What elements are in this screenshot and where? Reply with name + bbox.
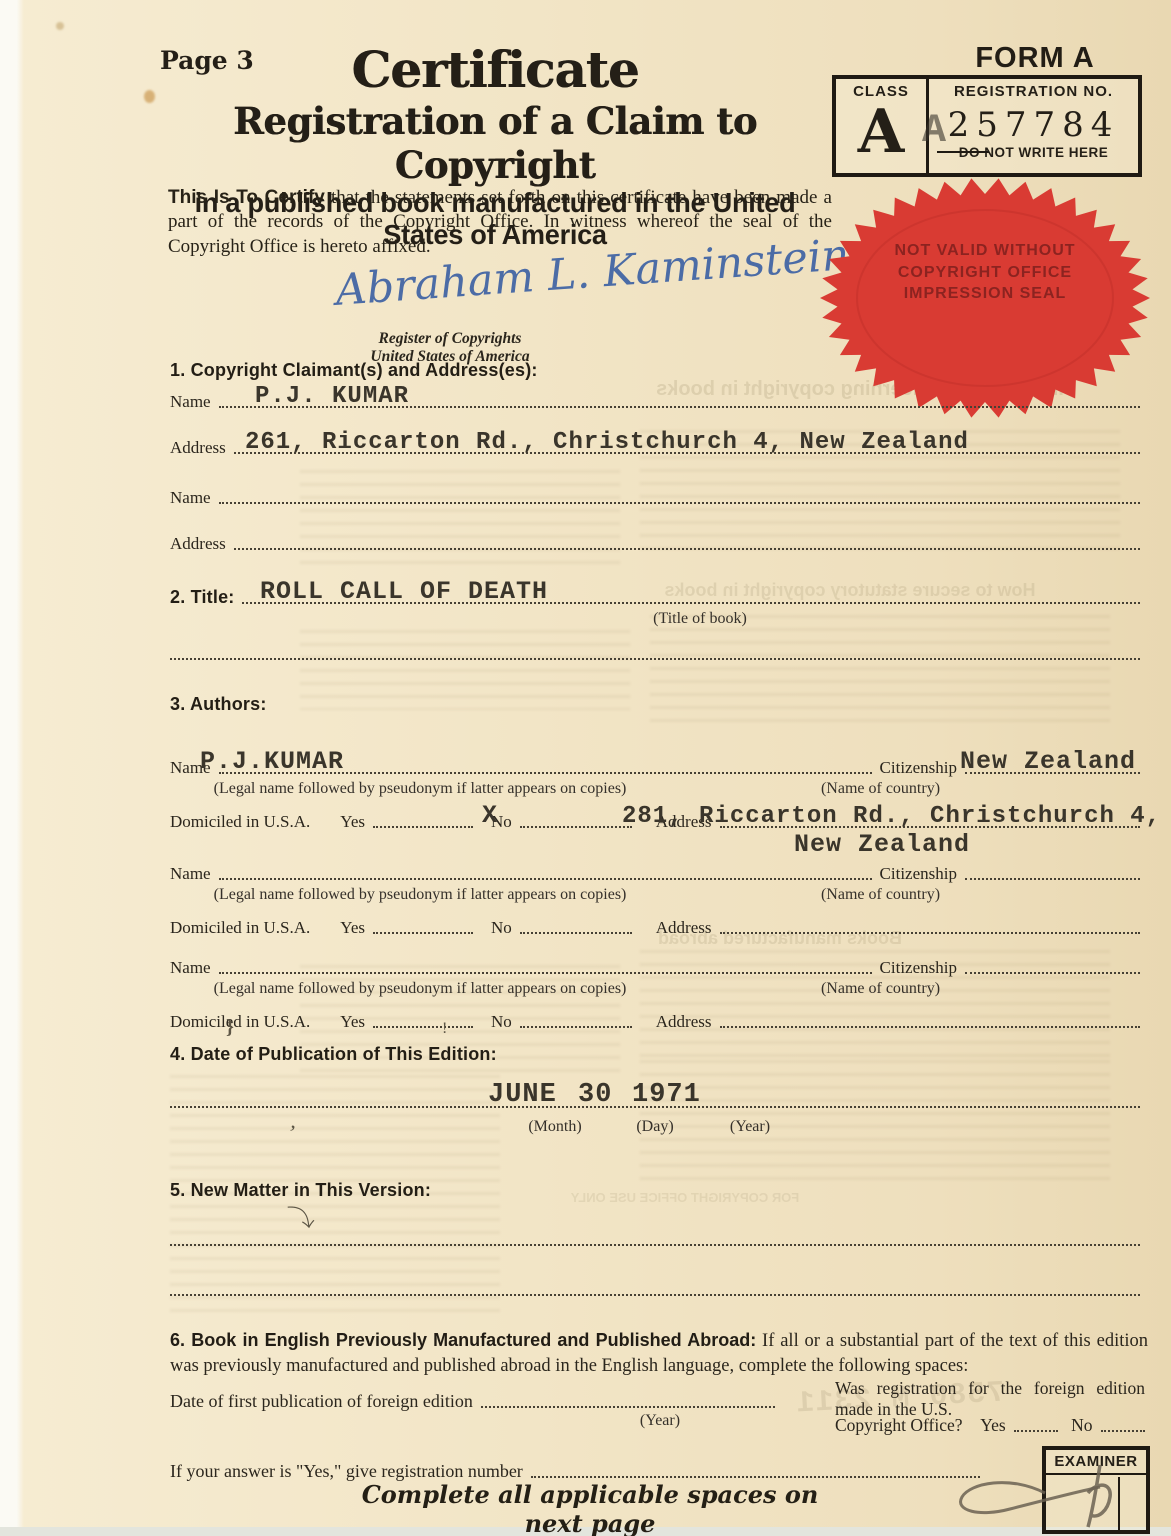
name-label: Name bbox=[170, 865, 211, 882]
claimant-address-row: Address 261, Riccarton Rd., Christchurch… bbox=[170, 432, 1140, 458]
publication-date-line bbox=[170, 1090, 1140, 1112]
form-a-label: FORM A bbox=[935, 42, 1135, 75]
foreign-edition-date-row: Date of first publication of foreign edi… bbox=[170, 1386, 775, 1412]
author-address-value: 281, Riccarton Rd., Christchurch 4, bbox=[622, 803, 1161, 830]
fill-in-line bbox=[520, 1024, 632, 1028]
book-title-value: ROLL CALL OF DEATH bbox=[260, 577, 548, 606]
registration-title: Registration of a Claim to Copyright bbox=[150, 99, 840, 187]
claimant-name-row: Name P.J. KUMAR bbox=[170, 386, 1140, 412]
author-address-value-line2: New Zealand bbox=[794, 830, 970, 859]
registration-box: CLASS A A REGISTRATION NO. 257784 DO NOT… bbox=[832, 75, 1142, 177]
author-citizenship-value: New Zealand bbox=[960, 747, 1136, 776]
registration-no-label: REGISTRATION NO. bbox=[929, 83, 1138, 100]
month-caption: (Month) bbox=[500, 1118, 610, 1136]
class-cell: CLASS A bbox=[836, 79, 929, 173]
address-label: Address bbox=[656, 1013, 712, 1030]
name-label: Name bbox=[170, 959, 211, 976]
no-label: No bbox=[491, 919, 512, 936]
fill-in-line bbox=[219, 500, 1140, 504]
copyright-office-seal: NOT VALID WITHOUT COPYRIGHT OFFICE IMPRE… bbox=[818, 176, 1152, 420]
citizenship-label: Citizenship bbox=[880, 759, 957, 776]
copyright-office-label: Copyright Office? bbox=[835, 1417, 963, 1435]
address-label: Address bbox=[170, 535, 226, 552]
no-label: No bbox=[491, 1013, 512, 1030]
yes-label: Yes bbox=[340, 1013, 365, 1030]
register-of-copyrights: Register of Copyrights bbox=[310, 330, 590, 348]
fill-in-line bbox=[481, 1404, 775, 1408]
stray-pen-mark: ! bbox=[442, 1020, 447, 1038]
fill-in-line bbox=[219, 876, 872, 880]
fill-in-line bbox=[219, 970, 872, 974]
fill-in-line bbox=[234, 546, 1140, 550]
registration-number: 257784 bbox=[929, 105, 1138, 145]
author-domiciled-row: Domiciled in U.S.A. Yes No Address X 281… bbox=[170, 806, 1140, 832]
seal-line3: IMPRESSION SEAL bbox=[818, 283, 1152, 305]
domiciled-no-mark: X bbox=[482, 801, 498, 830]
new-matter-line-1 bbox=[170, 1228, 1140, 1250]
section3-heading: 3. Authors: bbox=[170, 694, 267, 715]
scan-edge-left bbox=[0, 0, 24, 1536]
fill-in-line bbox=[965, 970, 1140, 974]
domiciled-label: Domiciled in U.S.A. bbox=[170, 813, 310, 830]
registration-cell: REGISTRATION NO. 257784 DO NOT WRITE HER… bbox=[929, 79, 1138, 173]
stray-pen-mark: } bbox=[226, 1016, 234, 1039]
fill-in-line bbox=[965, 876, 1140, 880]
paper-stain bbox=[56, 22, 64, 30]
author-domiciled-row: Domiciled in U.S.A. Yes No Address bbox=[170, 1006, 1140, 1032]
yes-label: Yes bbox=[980, 1417, 1005, 1435]
address-label: Address bbox=[170, 439, 226, 456]
fill-in-line bbox=[170, 1242, 1140, 1246]
legal-name-note: (Legal name followed by pseudonym if lat… bbox=[130, 886, 710, 904]
seal-line1: NOT VALID WITHOUT bbox=[818, 240, 1152, 262]
section6-heading: 6. Book in English Previously Manufactur… bbox=[170, 1330, 756, 1350]
claimant-address-value: 261, Riccarton Rd., Christchurch 4, New … bbox=[245, 429, 969, 456]
author-name-value: P.J.KUMAR bbox=[200, 747, 344, 776]
class-value: A bbox=[836, 102, 926, 162]
fill-in-line bbox=[373, 824, 473, 828]
title-extra-line bbox=[170, 642, 1140, 664]
foreign-date-label: Date of first publication of foreign edi… bbox=[170, 1392, 473, 1410]
section5-heading: 5. New Matter in This Version: bbox=[170, 1180, 431, 1201]
author-name-row: Name Citizenship bbox=[170, 952, 1140, 978]
fill-in-line bbox=[720, 1024, 1141, 1028]
fill-in-line bbox=[520, 824, 632, 828]
legal-name-note: (Legal name followed by pseudonym if lat… bbox=[130, 780, 710, 798]
fill-in-line bbox=[531, 1474, 980, 1478]
fill-in-line bbox=[1101, 1428, 1146, 1432]
author-name-row: Name Citizenship P.J.KUMAR New Zealand bbox=[170, 752, 1140, 778]
title-of-book-caption: (Title of book) bbox=[610, 610, 790, 628]
claimant-name-row-2: Name bbox=[170, 482, 1140, 508]
fill-in-line bbox=[170, 1104, 1140, 1108]
title-row: 2. Title: ROLL CALL OF DEATH bbox=[170, 580, 1140, 608]
footer-note: Complete all applicable spaces on next p… bbox=[340, 1480, 840, 1536]
fill-in-line bbox=[373, 1024, 473, 1028]
do-not-write-label: DO NOT WRITE HERE bbox=[929, 145, 1138, 160]
author-name-row: Name Citizenship bbox=[170, 858, 1140, 884]
year-caption: (Year) bbox=[700, 1118, 800, 1136]
legal-name-note: (Legal name followed by pseudonym if lat… bbox=[130, 980, 710, 998]
citizenship-label: Citizenship bbox=[880, 865, 957, 882]
no-label: No bbox=[1071, 1417, 1092, 1435]
yes-label: Yes bbox=[340, 919, 365, 936]
country-note: (Name of country) bbox=[788, 780, 973, 798]
section1-heading: 1. Copyright Claimant(s) and Address(es)… bbox=[170, 360, 538, 381]
address-label: Address bbox=[656, 919, 712, 936]
section2-heading: 2. Title: bbox=[170, 587, 234, 608]
name-label: Name bbox=[170, 393, 211, 410]
section6-paragraph: 6. Book in English Previously Manufactur… bbox=[170, 1328, 1148, 1379]
registration-number-row: If your answer is "Yes," give registrati… bbox=[170, 1456, 980, 1482]
bleedthrough-texture bbox=[650, 615, 1110, 730]
fill-in-line bbox=[170, 1292, 1140, 1296]
country-note: (Name of country) bbox=[788, 886, 973, 904]
day-caption: (Day) bbox=[610, 1118, 700, 1136]
yes-label: Yes bbox=[340, 813, 365, 830]
country-note: (Name of country) bbox=[788, 980, 973, 998]
us-registration-answer-row: Copyright Office? Yes No bbox=[835, 1410, 1145, 1436]
fill-in-line bbox=[720, 930, 1141, 934]
certificate-title: Certificate bbox=[150, 40, 840, 99]
citizenship-label: Citizenship bbox=[880, 959, 957, 976]
foreign-year-caption: (Year) bbox=[590, 1412, 730, 1430]
fill-in-line bbox=[520, 930, 632, 934]
certify-lead: This Is To Certify bbox=[168, 187, 325, 208]
reg-number-label: If your answer is "Yes," give registrati… bbox=[170, 1462, 523, 1480]
seal-line2: COPYRIGHT OFFICE bbox=[818, 262, 1152, 284]
bleedthrough-heading: FOR COPYRIGHT OFFICE USE ONLY bbox=[540, 1190, 830, 1205]
fill-in-line bbox=[373, 930, 473, 934]
name-label: Name bbox=[170, 489, 211, 506]
domiciled-label: Domiciled in U.S.A. bbox=[170, 919, 310, 936]
domiciled-label: Domiciled in U.S.A. bbox=[170, 1013, 310, 1030]
seal-text: NOT VALID WITHOUT COPYRIGHT OFFICE IMPRE… bbox=[818, 240, 1152, 305]
claimant-name-value: P.J. KUMAR bbox=[255, 383, 409, 410]
copyright-certificate-page: Information concerning copyright in book… bbox=[0, 0, 1171, 1536]
claimant-address-row-2: Address bbox=[170, 528, 1140, 554]
author-domiciled-row: Domiciled in U.S.A. Yes No Address bbox=[170, 912, 1140, 938]
new-matter-line-2 bbox=[170, 1278, 1140, 1300]
examiner-initials-mark bbox=[950, 1455, 1135, 1535]
section4-heading: 4. Date of Publication of This Edition: bbox=[170, 1044, 497, 1065]
fill-in-line bbox=[1014, 1428, 1059, 1432]
fill-in-line bbox=[170, 656, 1140, 660]
